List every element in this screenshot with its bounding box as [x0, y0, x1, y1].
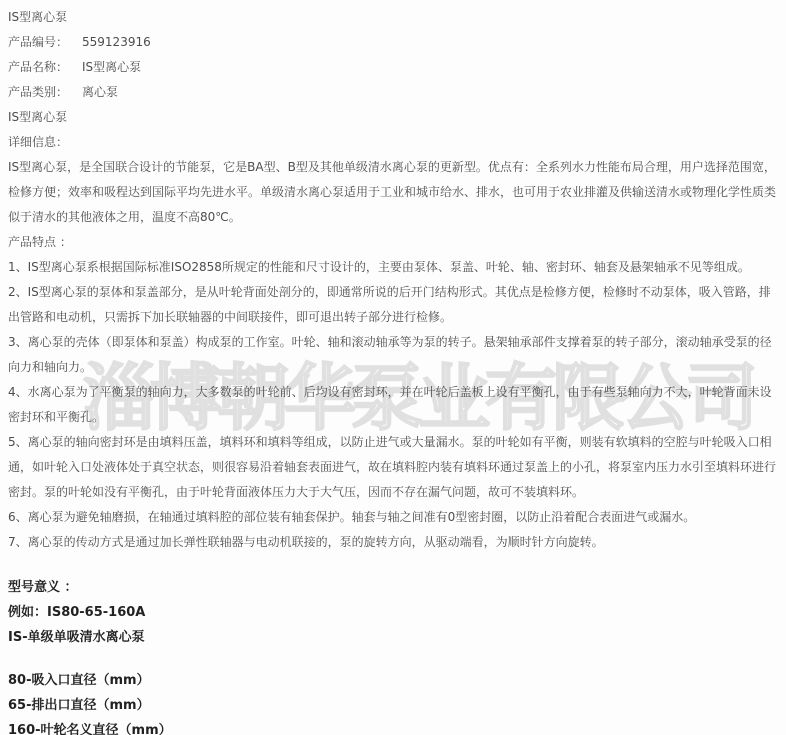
model-heading: 型号意义 ： — [8, 575, 778, 600]
feature-item: 3、离心泵的壳体（即泵体和泵盖）构成泵的工作室。叶轮、轴和滚动轴承等为泵的转子。… — [8, 330, 778, 380]
product-name-label: 产品名称： — [8, 60, 68, 74]
product-subtitle: IS型离心泵 — [8, 105, 778, 130]
page-title: IS型离心泵 — [8, 5, 778, 30]
feature-item: 4、水离心泵为了平衡泵的轴向力，大多数泵的叶轮前、后均设有密封环，并在叶轮后盖板… — [8, 380, 778, 430]
feature-item: 2、IS型离心泵的泵体和泵盖部分，是从叶轮背面处剖分的，即通常所说的后开门结构形… — [8, 280, 778, 330]
product-category-row: 产品类别：离心泵 — [8, 80, 778, 105]
detail-paragraph: IS型离心泵，是全国联合设计的节能泵，它是BA型、B型及其他单级清水离心泵的更新… — [8, 155, 778, 230]
product-number-value: 559123916 — [82, 35, 151, 49]
feature-item: 1、IS型离心泵系根据国际标准ISO2858所规定的性能和尺寸设计的，主要由泵体… — [8, 255, 778, 280]
model-dimension-discharge: 65-排出口直径（mm） — [8, 693, 778, 718]
model-example: 例如：IS80-65-160A — [8, 600, 778, 625]
model-meaning-section: 型号意义 ： 例如：IS80-65-160A IS-单级单吸清水离心泵 80-吸… — [8, 575, 778, 735]
detail-heading: 详细信息： — [8, 130, 778, 155]
page-content: IS型离心泵 产品编号：559123916 产品名称：IS型离心泵 产品类别：离… — [0, 0, 786, 735]
feature-item: 5、离心泵的轴向密封环是由填料压盖，填料环和填料等组成，以防止进气或大量漏水。泵… — [8, 430, 778, 505]
product-name-value: IS型离心泵 — [82, 60, 141, 74]
model-series-meaning: IS-单级单吸清水离心泵 — [8, 625, 778, 650]
model-dimension-impeller: 160-叶轮名义直径（mm） — [8, 718, 778, 735]
model-dimensions-group: 80-吸入口直径（mm） 65-排出口直径（mm） 160-叶轮名义直径（mm） — [8, 668, 778, 735]
model-dimension-suction: 80-吸入口直径（mm） — [8, 668, 778, 693]
feature-item: 7、离心泵的传动方式是通过加长弹性联轴器与电动机联接的，泵的旋转方向，从驱动端看… — [8, 530, 778, 555]
product-detail-page: 淄博朝华泵业有限公司 IS型离心泵 产品编号：559123916 产品名称：IS… — [0, 0, 786, 735]
product-category-label: 产品类别： — [8, 85, 68, 99]
product-number-label: 产品编号： — [8, 35, 68, 49]
features-heading: 产品特点 ： — [8, 230, 778, 255]
feature-item: 6、离心泵为避免轴磨损，在轴通过填料腔的部位装有轴套保护。轴套与轴之间准有0型密… — [8, 505, 778, 530]
product-category-value: 离心泵 — [82, 85, 118, 99]
product-number-row: 产品编号：559123916 — [8, 30, 778, 55]
product-name-row: 产品名称：IS型离心泵 — [8, 55, 778, 80]
